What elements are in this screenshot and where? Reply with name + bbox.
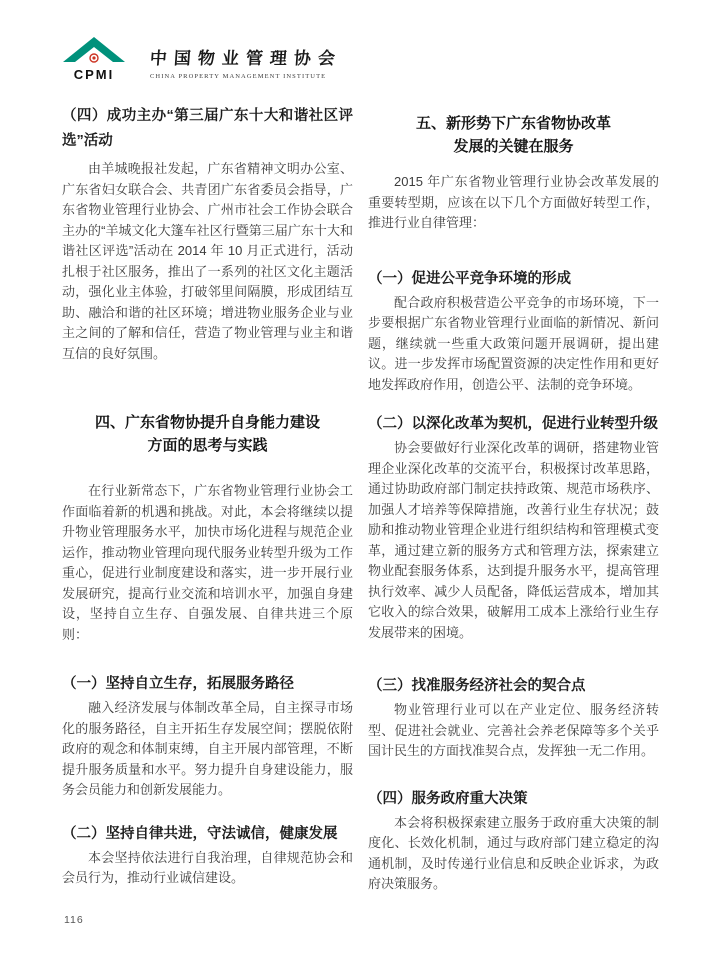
left-paragraph-4: 本会坚持依法进行自我治理，自律规范协会和会员行为，推动行业诚信建设。 (62, 848, 353, 889)
left-subheading-2: （二）坚持自律共进，守法诚信，健康发展 (62, 822, 353, 847)
chapter-heading-4: 四、广东省物协提升自身能力建设 方面的思考与实践 (62, 411, 353, 457)
logo-acronym: CPMI (62, 67, 126, 82)
left-subheading-1: （一）坚持自立生存，拓展服务路径 (62, 672, 353, 697)
left-paragraph-1: 由羊城晚报社发起，广东省精神文明办公室、广东省妇女联合会、共青团广东省委员会指导… (62, 159, 353, 364)
right-paragraph-5: 本会将积极探索建立服务于政府重大决策的制度化、长效化机制，通过与政府部门建立稳定… (368, 813, 659, 895)
chapter-heading-4-line1: 四、广东省物协提升自身能力建设 (62, 411, 353, 434)
org-name-english: CHINA PROPERTY MANAGEMENT INSTITUTE (150, 73, 342, 80)
right-paragraph-4: 物业管理行业可以在产业定位、服务经济转型、促进社会就业、完善社会养老保障等多个关… (368, 700, 659, 762)
right-subheading-2: （二）以深化改革为契机，促进行业转型升级 (368, 412, 659, 437)
org-name-chinese: 中国物业管理协会 (149, 44, 343, 69)
left-paragraph-2: 在行业新常态下，广东省物业管理行业协会工作面临着新的机遇和挑战。对此，本会将继续… (62, 481, 353, 645)
right-column: 五、新形势下广东省物协改革 发展的关键在服务 2015 年广东省物业管理行业协会… (368, 104, 659, 895)
chapter-heading-5-line2: 发展的关键在服务 (368, 135, 659, 158)
cpmi-logo: CPMI (62, 34, 126, 82)
page-number: 116 (64, 914, 84, 926)
right-subheading-4: （四）服务政府重大决策 (368, 787, 659, 812)
right-paragraph-1: 2015 年广东省物业管理行业协会改革发展的重要转型期，应该在以下几个方面做好转… (368, 172, 659, 234)
left-subheading-4: （四）成功主办“第三届广东十大和谐社区评选”活动 (62, 104, 353, 154)
right-subheading-3: （三）找准服务经济社会的契合点 (368, 674, 659, 699)
left-column: （四）成功主办“第三届广东十大和谐社区评选”活动 由羊城晚报社发起，广东省精神文… (62, 104, 353, 889)
right-subheading-1: （一）促进公平竞争环境的形成 (368, 267, 659, 292)
document-page: CPMI 中国物业管理协会 CHINA PROPERTY MANAGEMENT … (0, 0, 710, 964)
left-paragraph-3: 融入经济发展与体制改革全局，自主探寻市场化的服务路径，自主开拓生存发展空间；摆脱… (62, 698, 353, 801)
chapter-heading-4-line2: 方面的思考与实践 (62, 434, 353, 457)
right-paragraph-3: 协会要做好行业深化改革的调研，搭建物业管理企业深化改革的交流平台，积极探讨改革思… (368, 438, 659, 643)
chapter-heading-5: 五、新形势下广东省物协改革 发展的关键在服务 (368, 112, 659, 158)
org-logo-header: CPMI 中国物业管理协会 CHINA PROPERTY MANAGEMENT … (62, 34, 342, 82)
chapter-heading-5-line1: 五、新形势下广东省物协改革 (368, 112, 659, 135)
right-paragraph-2: 配合政府积极营造公平竞争的市场环境，下一步要根据广东省物业管理行业面临的新情况、… (368, 293, 659, 396)
org-name-block: 中国物业管理协会 CHINA PROPERTY MANAGEMENT INSTI… (150, 34, 342, 80)
